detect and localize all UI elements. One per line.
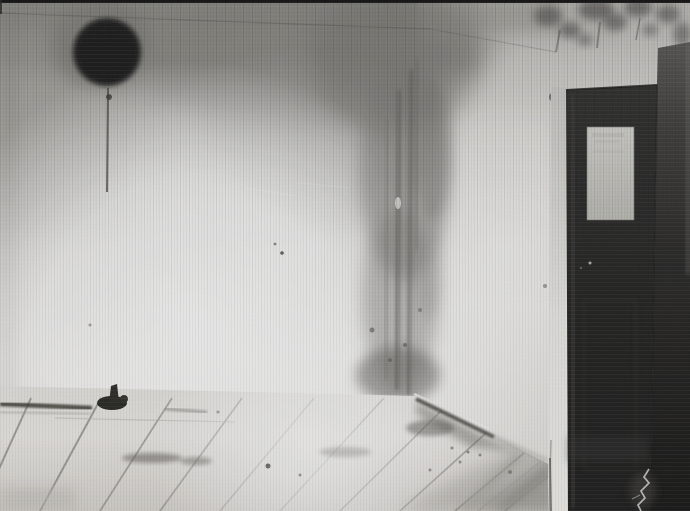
photo-canvas (0, 0, 690, 511)
film-grain-light (0, 0, 690, 511)
photo-empty-room (0, 0, 690, 511)
